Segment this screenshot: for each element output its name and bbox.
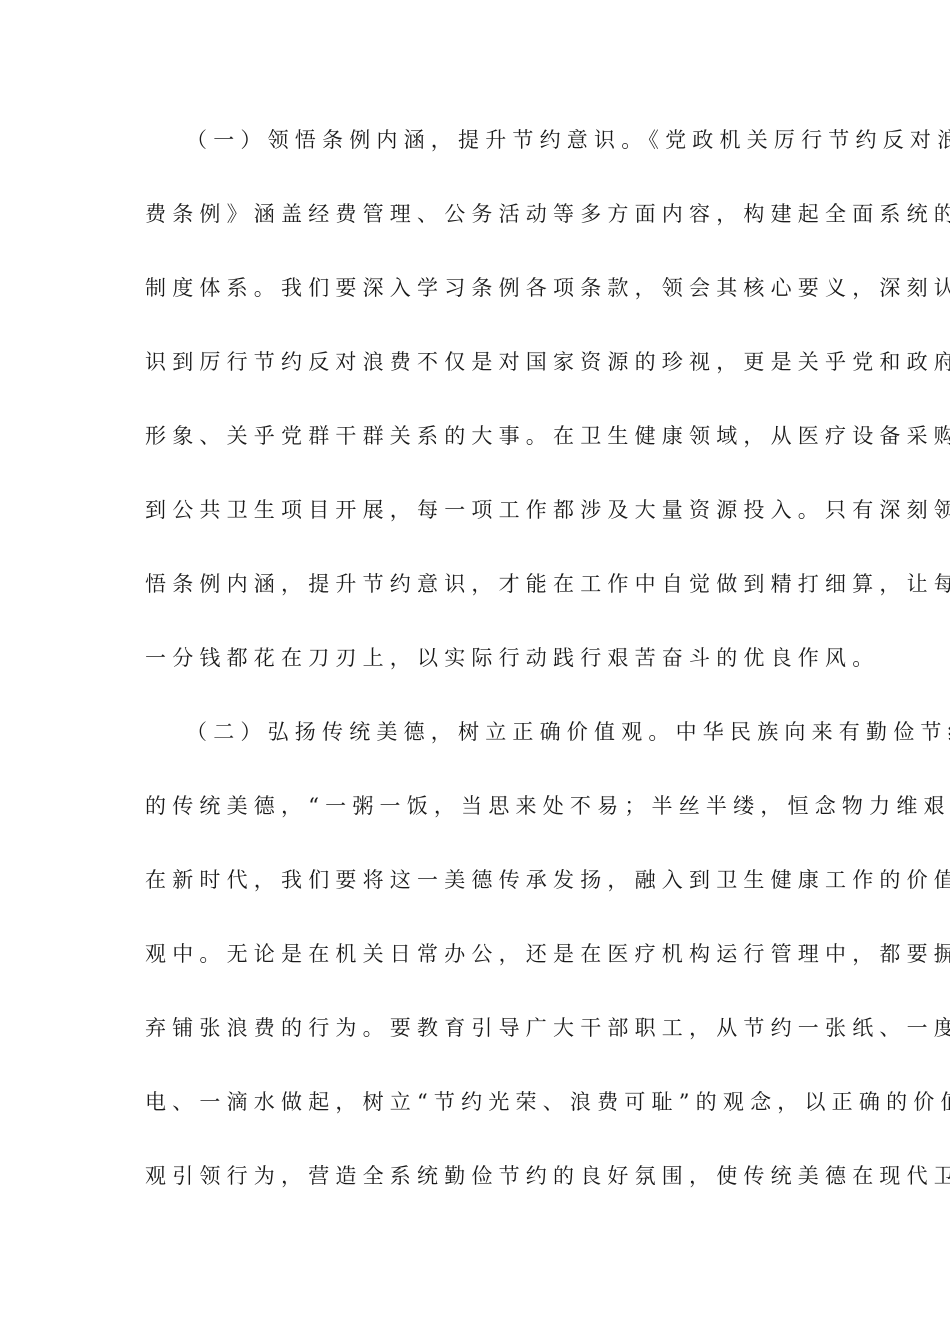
paragraph-line: 观中。无论是在机关日常办公，还是在医疗机构运行管理中，都要摒 xyxy=(145,939,810,969)
paragraph-line: 费条例》涵盖经费管理、公务活动等多方面内容，构建起全面系统的 xyxy=(145,199,810,229)
paragraph-line: 形象、关乎党群干群关系的大事。在卫生健康领域，从医疗设备采购 xyxy=(145,421,810,451)
paragraph-line: 制度体系。我们要深入学习条例各项条款，领会其核心要义，深刻认 xyxy=(145,273,810,303)
paragraph-line: 弃铺张浪费的行为。要教育引导广大干部职工，从节约一张纸、一度 xyxy=(145,1013,810,1043)
paragraph-line: （二）弘扬传统美德，树立正确价值观。中华民族向来有勤俭节约 xyxy=(186,717,851,747)
paragraph-line: 电、一滴水做起，树立“节约光荣、浪费可耻”的观念，以正确的价值 xyxy=(145,1087,810,1117)
paragraph-line: 到公共卫生项目开展，每一项工作都涉及大量资源投入。只有深刻领 xyxy=(145,495,810,525)
document-page: （一）领悟条例内涵，提升节约意识。《党政机关厉行节约反对浪 费条例》涵盖经费管理… xyxy=(0,0,950,1344)
paragraph-line: 一分钱都花在刀刃上，以实际行动践行艰苦奋斗的优良作风。 xyxy=(145,643,810,673)
paragraph-line: （一）领悟条例内涵，提升节约意识。《党政机关厉行节约反对浪 xyxy=(186,125,851,155)
paragraph-line: 的传统美德，“一粥一饭，当思来处不易；半丝半缕，恒念物力维艰”。 xyxy=(145,791,810,821)
paragraph-line: 在新时代，我们要将这一美德传承发扬，融入到卫生健康工作的价值 xyxy=(145,865,810,895)
paragraph-line: 悟条例内涵，提升节约意识，才能在工作中自觉做到精打细算，让每 xyxy=(145,569,810,599)
paragraph-line: 识到厉行节约反对浪费不仅是对国家资源的珍视，更是关乎党和政府 xyxy=(145,347,810,377)
paragraph-line: 观引领行为，营造全系统勤俭节约的良好氛围，使传统美德在现代卫 xyxy=(145,1161,810,1191)
